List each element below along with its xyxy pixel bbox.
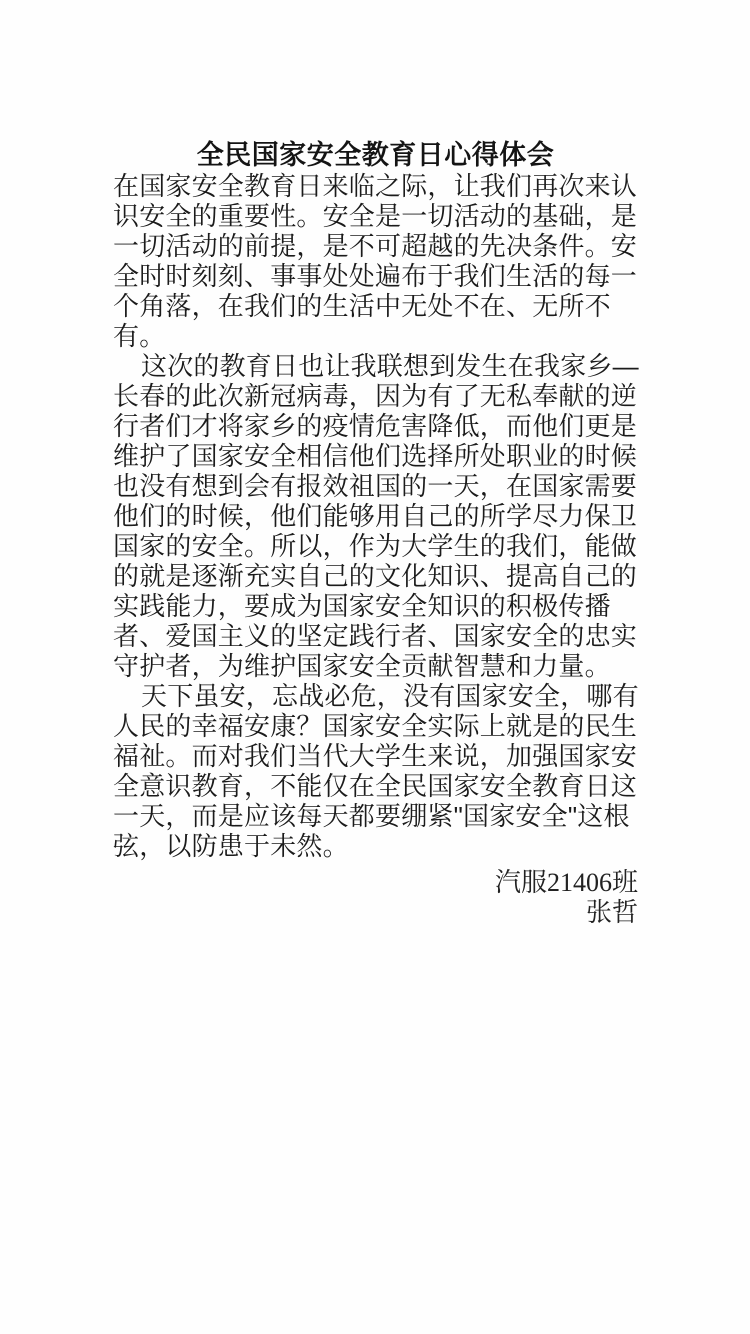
text-line: 者、爱国主义的坚定践行者、国家安全的忠实: [113, 621, 638, 651]
text-line: 一天，而是应该每天都要绷紧"国家安全"这根: [113, 801, 638, 831]
text-line: 全时时刻刻、事事处处遍布于我们生活的每一: [113, 261, 638, 291]
text-line: 弦，以防患于未然。: [113, 831, 638, 861]
text-line: 也没有想到会有报效祖国的一天，在国家需要: [113, 471, 638, 501]
text-line: 这次的教育日也让我联想到发生在我家乡—: [113, 351, 638, 381]
text-line: 识安全的重要性。安全是一切活动的基础，是: [113, 201, 638, 231]
text-line: 国家的安全。所以，作为大学生的我们，能做: [113, 531, 638, 561]
paragraph-hometown: 这次的教育日也让我联想到发生在我家乡—长春的此次新冠病毒，因为有了无私奉献的逆行…: [113, 351, 638, 681]
document-title: 全民国家安全教育日心得体会: [113, 139, 638, 171]
text-line: 守护者，为维护国家安全贡献智慧和力量。: [113, 651, 638, 681]
paragraph-conclusion: 天下虽安，忘战必危，没有国家安全，哪有人民的幸福安康？国家安全实际上就是的民生福…: [113, 681, 638, 861]
paragraph-intro: 在国家安全教育日来临之际，让我们再次来认识安全的重要性。安全是一切活动的基础，是…: [113, 171, 638, 351]
text-line: 的就是逐渐充实自己的文化知识、提高自己的: [113, 561, 638, 591]
text-line: 行者们才将家乡的疫情危害降低，而他们更是: [113, 411, 638, 441]
text-line: 实践能力，要成为国家安全知识的积极传播: [113, 591, 638, 621]
text-line: 个角落，在我们的生活中无处不在、无所不: [113, 291, 638, 321]
signature-block: 汽服21406班 张哲: [113, 868, 638, 928]
text-line: 有。: [113, 321, 638, 351]
signature-class: 汽服21406班: [113, 868, 638, 898]
document-page: 全民国家安全教育日心得体会 在国家安全教育日来临之际，让我们再次来认识安全的重要…: [0, 0, 750, 1334]
text-line: 天下虽安，忘战必危，没有国家安全，哪有: [113, 681, 638, 711]
text-line: 福祉。而对我们当代大学生来说，加强国家安: [113, 741, 638, 771]
text-line: 人民的幸福安康？国家安全实际上就是的民生: [113, 711, 638, 741]
text-line: 维护了国家安全相信他们选择所处职业的时候: [113, 441, 638, 471]
text-line: 全意识教育，不能仅在全民国家安全教育日这: [113, 771, 638, 801]
text-line: 长春的此次新冠病毒，因为有了无私奉献的逆: [113, 381, 638, 411]
text-line: 在国家安全教育日来临之际，让我们再次来认: [113, 171, 638, 201]
text-line: 一切活动的前提，是不可超越的先决条件。安: [113, 231, 638, 261]
text-line: 他们的时候，他们能够用自己的所学尽力保卫: [113, 501, 638, 531]
signature-name: 张哲: [113, 898, 638, 928]
